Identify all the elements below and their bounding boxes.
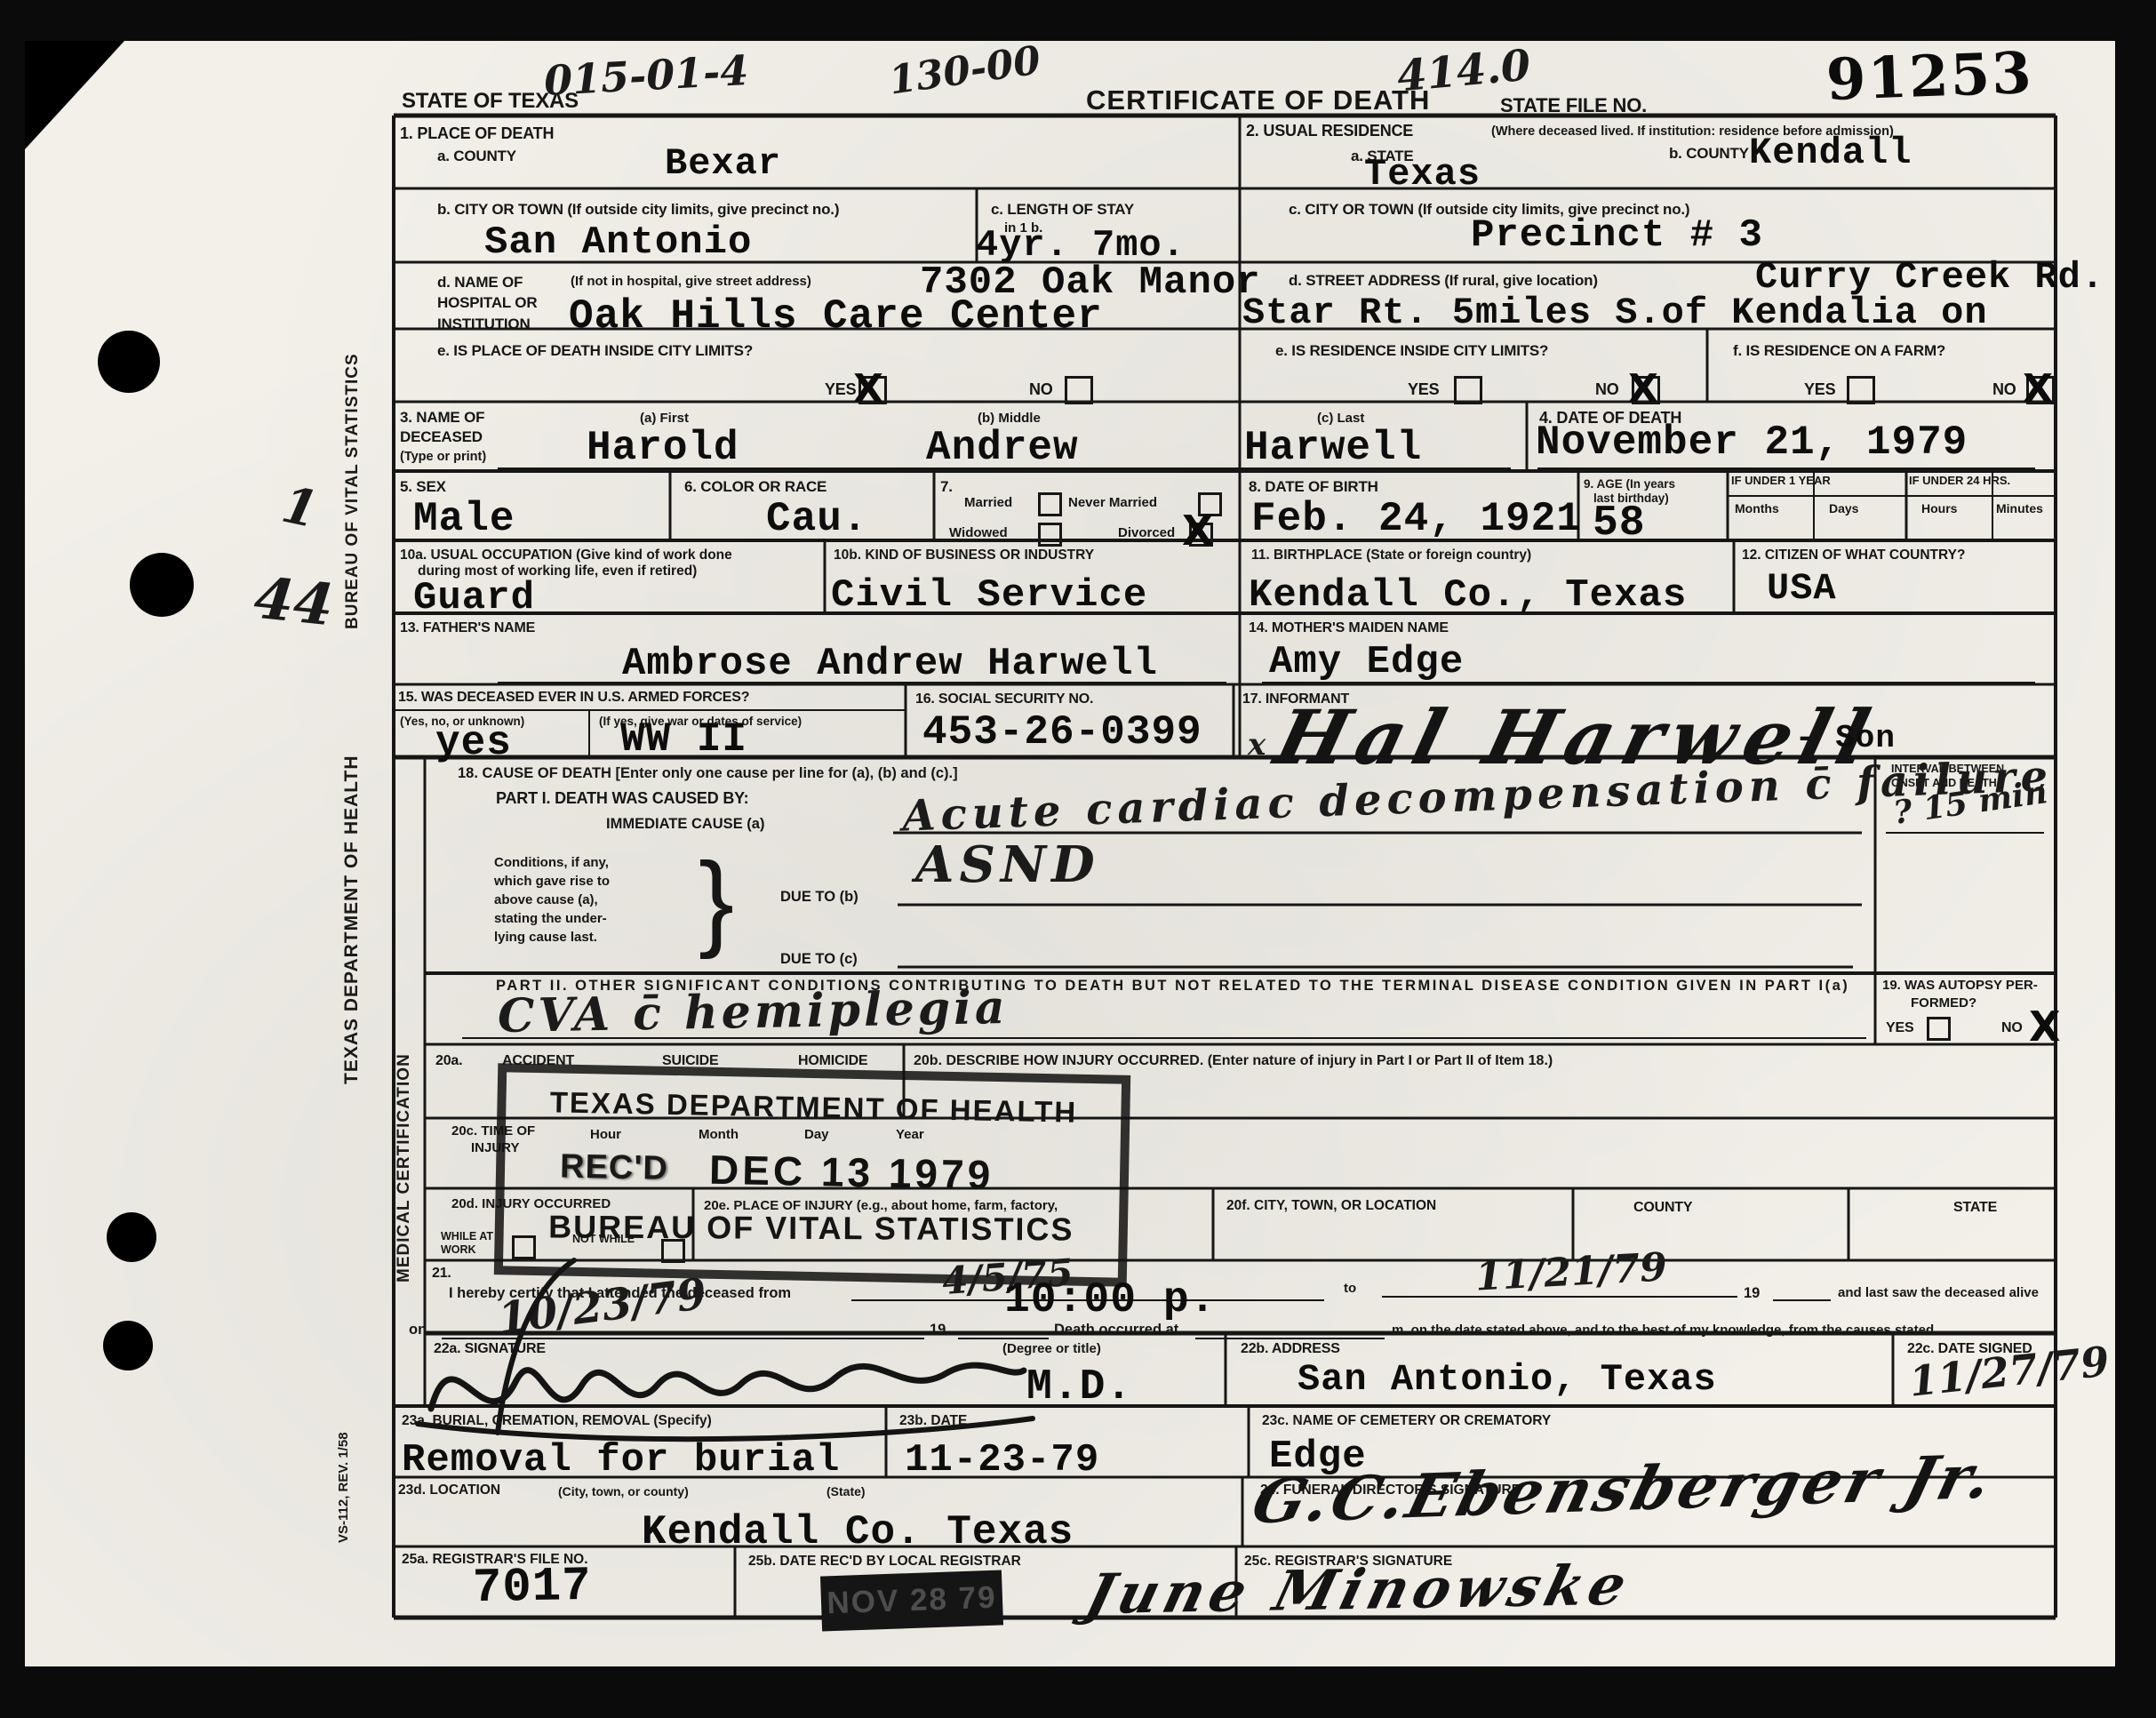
registrar-signature: June Minowske <box>1079 1553 1638 1627</box>
burial-23a-label: 23a. BURIAL, CREMATION, REMOVAL (Specify… <box>402 1413 712 1429</box>
date-received-stamp: NOV 28 79 <box>820 1570 1003 1631</box>
signature-22a-label: 22a. SIGNATURE <box>434 1341 546 1357</box>
registrar-file-value: 7017 <box>472 1560 592 1616</box>
location-state-sublabel: (State) <box>826 1484 866 1498</box>
degree-label: (Degree or title) <box>1002 1341 1101 1356</box>
cemetery-23c-label: 23c. NAME OF CEMETERY OR CREMATORY <box>1262 1413 1551 1429</box>
burial-date-23b-label: 23b. DATE <box>899 1413 967 1429</box>
scanned-death-certificate: STATE OF TEXAS 015-01-4 130-00 CERTIFICA… <box>0 0 2156 1718</box>
burial-date-value: 11-23-79 <box>905 1438 1099 1482</box>
address-22b-label: 22b. ADDRESS <box>1241 1341 1340 1357</box>
registrar-recd-label: 25b. DATE REC'D BY LOCAL REGISTRAR <box>748 1554 1021 1570</box>
location-value: Kendall Co. Texas <box>642 1509 1074 1555</box>
burial-method-value: Removal for burial <box>402 1438 840 1482</box>
location-23d-label: 23d. LOCATION <box>398 1482 500 1498</box>
location-city-sublabel: (City, town, or county) <box>558 1484 689 1498</box>
date-received-stamp-text: NOV 28 79 <box>826 1580 997 1622</box>
degree-value: M.D. <box>1026 1363 1132 1411</box>
address-value: San Antonio, Texas <box>1298 1358 1717 1401</box>
